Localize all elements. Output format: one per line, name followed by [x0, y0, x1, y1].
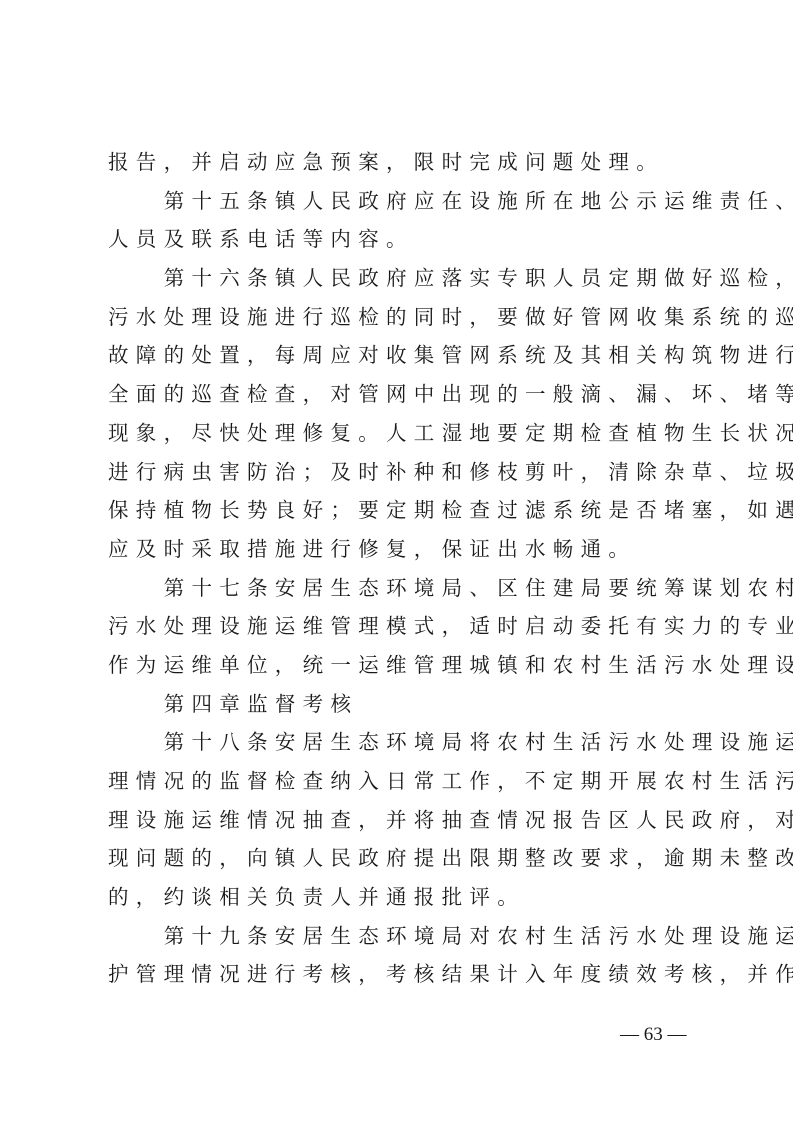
- text-line: 全面的巡查检查，对管网中出现的一般滴、漏、坏、堵等异常: [108, 375, 698, 414]
- text-line: 护管理情况进行考核，考核结果计入年度绩效考核，并作为拨: [108, 955, 698, 994]
- text-line: 的，约谈相关负责人并通报批评。: [108, 878, 698, 917]
- document-body: 报告，并启动应急预案，限时完成问题处理。 第十五条镇人民政府应在设施所在地公示运…: [108, 143, 698, 994]
- text-line: 理情况的监督检查纳入日常工作，不定期开展农村生活污水处: [108, 762, 698, 801]
- article-18-start: 第十八条安居生态环境局将农村生活污水处理设施运行管: [108, 723, 698, 762]
- text-line: 作为运维单位，统一运维管理城镇和农村生活污水处理设施。: [108, 646, 698, 685]
- text-line: 报告，并启动应急预案，限时完成问题处理。: [108, 143, 698, 182]
- chapter-heading: 第四章监督考核: [108, 685, 698, 724]
- text-line: 保持植物长势良好；要定期检查过滤系统是否堵塞，如遇堵塞: [108, 491, 698, 530]
- text-line: 污水处理设施运维管理模式，适时启动委托有实力的专业机构: [108, 607, 698, 646]
- text-line: 进行病虫害防治；及时补种和修枝剪叶，清除杂草、垃圾等，: [108, 453, 698, 492]
- text-line: 理设施运维情况抽查，并将抽查情况报告区人民政府，对于发: [108, 801, 698, 840]
- text-line: 现象，尽快处理修复。人工湿地要定期检查植物生长状况，并: [108, 414, 698, 453]
- text-line: 故障的处置，每周应对收集管网系统及其相关构筑物进行一次: [108, 336, 698, 375]
- text-line: 应及时采取措施进行修复，保证出水畅通。: [108, 530, 698, 569]
- page-number: — 63 —: [620, 1024, 700, 1046]
- text-line: 污水处理设施进行巡检的同时，要做好管网收集系统的巡查和: [108, 298, 698, 337]
- article-16-start: 第十六条镇人民政府应落实专职人员定期做好巡检，在对: [108, 259, 698, 298]
- text-line: 人员及联系电话等内容。: [108, 220, 698, 259]
- article-19-start: 第十九条安居生态环境局对农村生活污水处理设施运行维: [108, 917, 698, 956]
- article-17-start: 第十七条安居生态环境局、区住建局要统筹谋划农村生活: [108, 569, 698, 608]
- text-line: 现问题的，向镇人民政府提出限期整改要求，逾期未整改到位: [108, 839, 698, 878]
- document-page: 报告，并启动应急预案，限时完成问题处理。 第十五条镇人民政府应在设施所在地公示运…: [0, 0, 793, 1122]
- article-15-start: 第十五条镇人民政府应在设施所在地公示运维责任、运维: [108, 182, 698, 221]
